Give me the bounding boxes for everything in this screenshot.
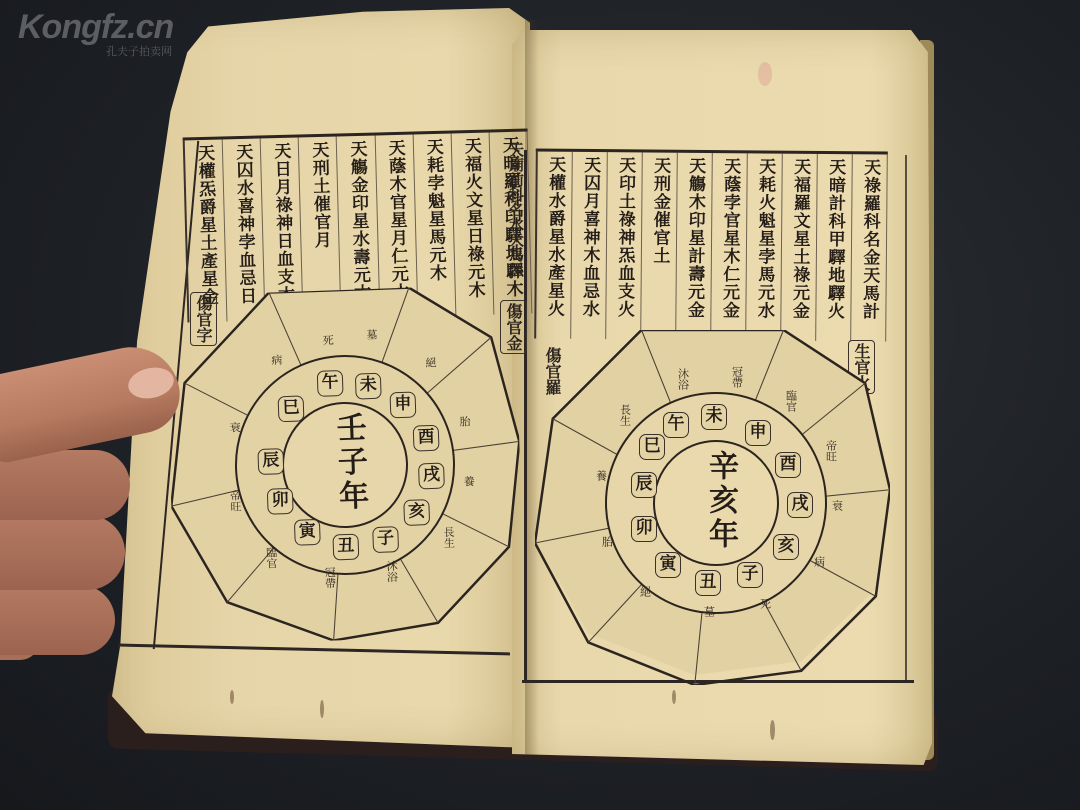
branch-xu: 戌	[418, 463, 445, 490]
branch-hai: 亥	[773, 534, 799, 560]
ring-label: 衰	[228, 422, 240, 433]
ring-label: 沐浴	[677, 368, 689, 390]
ring-label: 死	[321, 334, 333, 345]
watermark-brand: Kongfz.cn	[18, 8, 173, 47]
ring-label: 病	[270, 354, 282, 365]
photo-scene: Kongfz.cn 孔夫子拍卖网 天暗羅科印驛地驛木 天福火文星日祿元木 天耗孛…	[0, 0, 1080, 810]
branch-chou: 丑	[332, 534, 359, 561]
branch-yin: 寅	[294, 519, 321, 546]
branch-wu: 午	[317, 370, 344, 397]
branch-chen: 辰	[631, 472, 657, 498]
text-column: 天福羅文星土祿元金	[781, 154, 818, 341]
branch-hai: 亥	[403, 499, 430, 526]
text-column: 天觴木印星計壽元金	[676, 153, 713, 340]
ring-label: 臨官	[265, 546, 277, 568]
ring-label: 死	[759, 598, 771, 609]
ring-label: 養	[595, 470, 607, 481]
branch-shen: 申	[745, 420, 771, 446]
branch-mao: 卯	[267, 488, 294, 515]
ring-label: 帝旺	[229, 490, 241, 512]
thumb	[0, 338, 187, 466]
ring-label: 胎	[601, 536, 613, 547]
ring-label: 衰	[831, 500, 843, 511]
branch-shen: 申	[389, 391, 416, 418]
left-margin-column: 天廟前科名水大馬炁	[505, 140, 528, 279]
finger	[0, 450, 130, 520]
text-column: 天囚月喜神木血忌水	[571, 152, 608, 339]
paper-stain	[230, 690, 234, 704]
branch-zi: 子	[737, 562, 763, 588]
branch-zi: 子	[372, 526, 399, 553]
ring-label: 長生	[619, 404, 631, 426]
paper-stain	[770, 720, 775, 740]
branch-wei: 未	[355, 373, 382, 400]
branch-wei: 未	[701, 404, 727, 430]
branch-you: 酉	[413, 425, 440, 452]
text-column: 天暗計科甲驛地驛火	[816, 154, 853, 341]
paper-stain	[672, 690, 676, 704]
branch-xu: 戌	[787, 492, 813, 518]
chart-center-year: 辛亥年	[698, 450, 742, 552]
branch-wu: 午	[663, 412, 689, 438]
branch-chou: 丑	[695, 570, 721, 596]
finger	[0, 585, 115, 655]
chart-center-year: 壬子年	[325, 411, 373, 514]
ring-label: 墓	[703, 606, 715, 617]
text-column: 天耗火魁星孛馬元水	[746, 153, 783, 340]
branch-you: 酉	[775, 452, 801, 478]
paper-stain	[320, 700, 324, 718]
watermark-subtitle: 孔夫子拍卖网	[106, 43, 173, 59]
branch-mao: 卯	[631, 516, 657, 542]
right-year-chart: 辛亥年 午 未 申 酉 戌 亥 子 丑 寅 卯 辰 巳 沐浴 冠帶 臨官 帝旺 …	[535, 330, 890, 675]
branch-chen: 辰	[257, 448, 284, 475]
finger	[0, 515, 125, 590]
branch-yin: 寅	[655, 552, 681, 578]
ring-label: 冠帶	[731, 366, 743, 388]
right-text-columns: 天祿羅科名金天馬計 天暗計科甲驛地驛火 天福羅文星土祿元金 天耗火魁星孛馬元水 …	[534, 148, 888, 341]
ring-label: 病	[813, 556, 825, 567]
hand-holding-book	[0, 340, 190, 670]
ring-label: 沐浴	[385, 560, 397, 582]
ring-label: 臨官	[785, 390, 797, 412]
branch-si: 巳	[639, 434, 665, 460]
ring-label: 冠帶	[324, 566, 336, 588]
text-column: 天印土祿神炁血支火	[606, 152, 643, 339]
ring-label: 長生	[442, 526, 454, 548]
text-column: 天刑金催官土	[641, 152, 678, 339]
red-seal-mark	[758, 62, 772, 86]
text-column: 天權水爵星水產星火	[536, 151, 573, 338]
ring-label: 養	[462, 476, 474, 487]
left-year-chart: 壬子年 午 未 申 酉 戌 亥 子 丑 寅 卯 辰 巳 死 墓 絕 胎 養 長生…	[164, 284, 526, 646]
text-column: 天蔭孛官星木仁元金	[711, 153, 748, 340]
text-column: 天祿羅科名金天馬計	[851, 154, 888, 341]
ring-label: 胎	[458, 416, 470, 427]
ring-label: 帝旺	[825, 440, 837, 462]
ring-label: 絕	[424, 357, 436, 368]
right-frame-right	[905, 155, 907, 680]
watermark: Kongfz.cn 孔夫子拍卖网	[18, 8, 173, 59]
ring-label: 絕	[639, 586, 651, 597]
ring-label: 墓	[365, 329, 377, 340]
branch-si: 巳	[278, 395, 305, 422]
